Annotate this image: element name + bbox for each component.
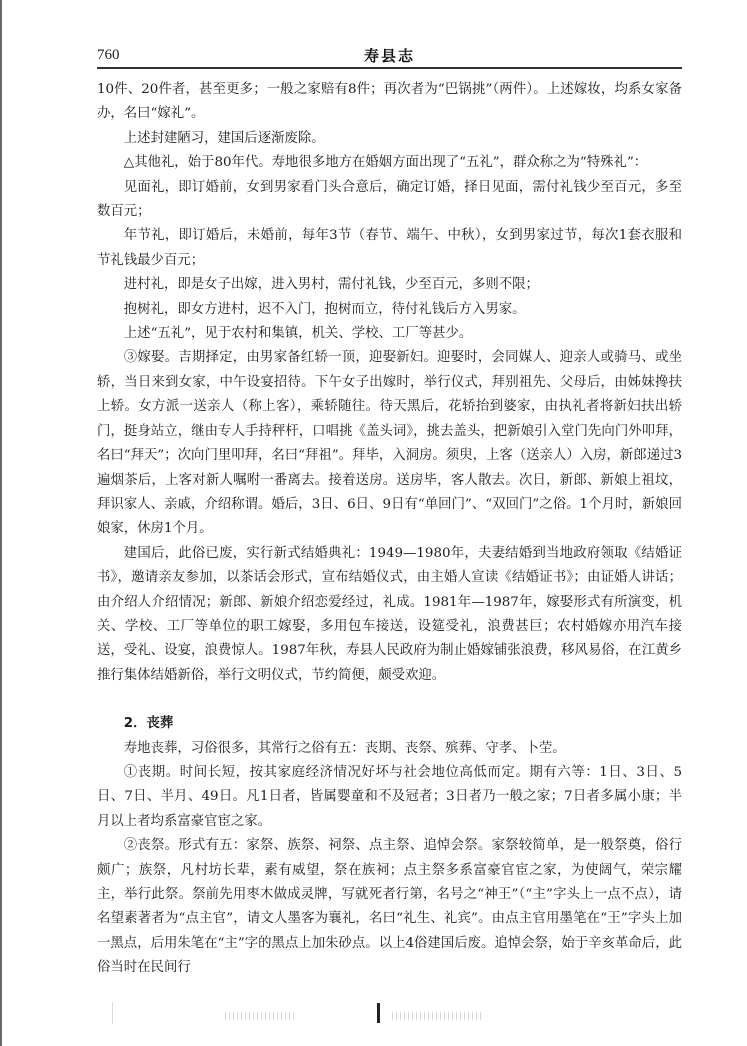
paragraph: 10件、20件者，甚至更多；一般之家赔有8件；再次者为“巴锅挑”（两件）。上述嫁…: [97, 78, 682, 127]
paragraph: ②丧祭。形式有五：家祭、族祭、祠祭、点主祭、追悼会祭。家祭较简单，是一般祭奠，俗…: [97, 834, 682, 980]
scan-artifacts: [0, 1000, 747, 1030]
paragraph: ①丧期。时间长短，按其家庭经济情况好坏与社会地位高低而定。期有六等：1日、3日、…: [97, 761, 682, 834]
scan-noise: [392, 1012, 482, 1020]
paragraph: 寿地丧葬，习俗很多，其常行之俗有五：丧期、丧祭、殡葬、守孝、卜茔。: [97, 737, 682, 761]
scan-noise: [225, 1012, 295, 1020]
header-rule: [97, 67, 682, 69]
paragraph: △其他礼，始于80年代。寿地很多地方在婚姻方面出现了“五礼”，群众称之为“特殊礼…: [97, 151, 682, 175]
paragraph: 建国后，此俗已废，实行新式结婚典礼：1949—1980年，夫妻结婚到当地政府领取…: [97, 542, 682, 688]
paragraph: 见面礼，即订婚前，女到男家看门头合意后，确定订婚，择日见面，需付礼钱少至百元，多…: [97, 176, 682, 225]
scan-noise: [112, 1002, 114, 1024]
scan-mark: [377, 1003, 380, 1023]
paragraph: 上述封建陋习，建国后逐渐废除。: [97, 127, 682, 151]
paragraph: ③嫁娶。吉期择定，由男家备红轿一顶，迎娶新妇。迎娶时，会同媒人、迎亲人或骑马、或…: [97, 346, 682, 541]
book-title: 寿县志: [97, 45, 682, 66]
paragraph: 进村礼，即是女子出嫁，进入男村，需付礼钱，少至百元，多则不限；: [97, 273, 682, 297]
scan-border: [0, 0, 2, 1046]
paragraph: 上述“五礼”，见于农村和集镇，机关、学校、工厂等甚少。: [97, 322, 682, 346]
paragraph: 抱树礼，即女方进村，迟不入门，抱树而立，待付礼钱后方入男家。: [97, 298, 682, 322]
paragraph: 年节礼，即订婚后，未婚前，每年3节（春节、端午、中秋），女到男家过节，每次1套衣…: [97, 224, 682, 273]
section-heading: 2．丧葬: [97, 712, 682, 736]
page-body: 10件、20件者，甚至更多；一般之家赔有8件；再次者为“巴锅挑”（两件）。上述嫁…: [97, 78, 682, 981]
page-header: 760 寿县志: [97, 44, 682, 66]
